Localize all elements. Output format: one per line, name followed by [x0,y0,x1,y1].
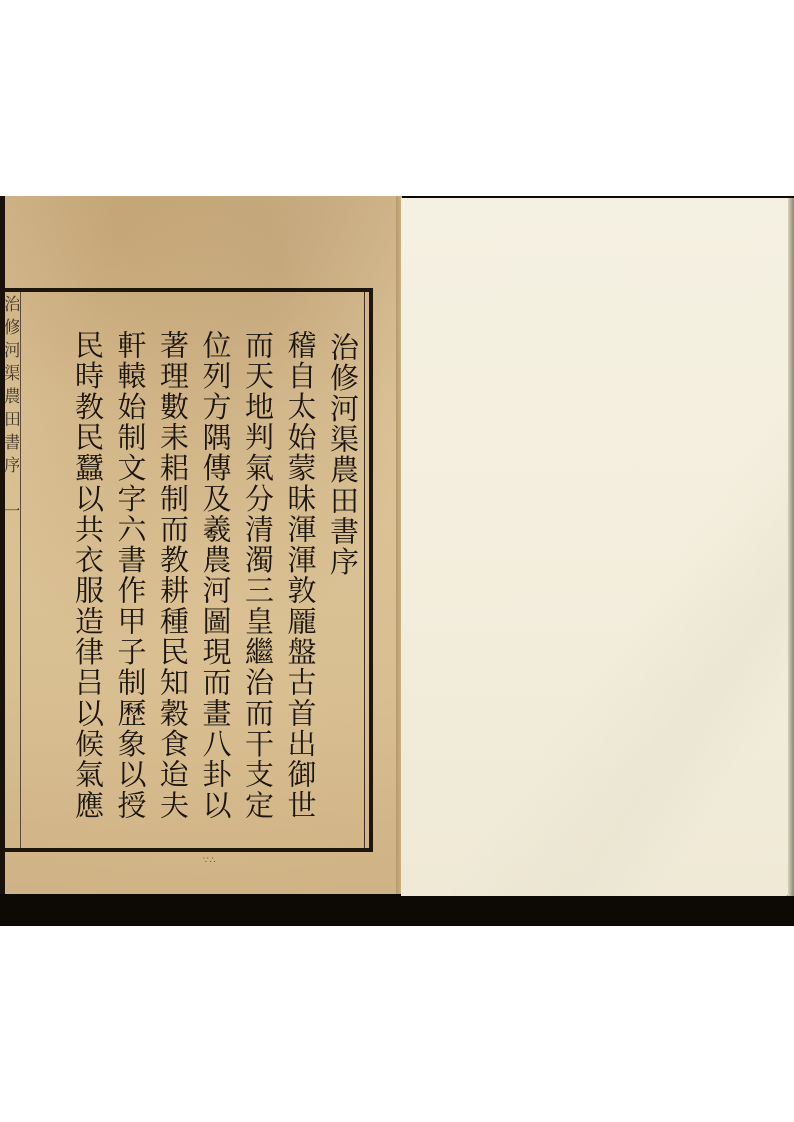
text-column-3: 而天地判氣分清濁三皇繼治而干支定 [237,330,280,850]
right-page-blank [401,198,790,896]
preface-text-block: 治修河渠農田書序 稽自太始蒙昧渾渾敦龎盤古首出御世 而天地判氣分清濁三皇繼治而干… [28,330,364,850]
text-column-7: 民時教民蠶以共衣服造律吕以候氣應 [67,330,110,850]
text-column-2: 稽自太始蒙昧渾渾敦龎盤古首出御世 [279,330,322,850]
frame-inner-line-right [364,292,365,848]
text-column-6: 軒轅始制文字六書作甲子制歷象以授 [109,330,152,850]
right-page-edge [788,198,794,896]
bottom-dot-marks: ∵∴ [203,858,219,874]
text-column-5: 著理數耒耜制而教耕種民知穀食迨夫 [152,330,195,850]
text-column-4: 位列方隅傳及羲農河圖現而畫八卦以 [194,330,237,850]
preface-title: 治修河渠農田書序 [322,330,365,850]
frame-inner-line-left [20,292,21,848]
